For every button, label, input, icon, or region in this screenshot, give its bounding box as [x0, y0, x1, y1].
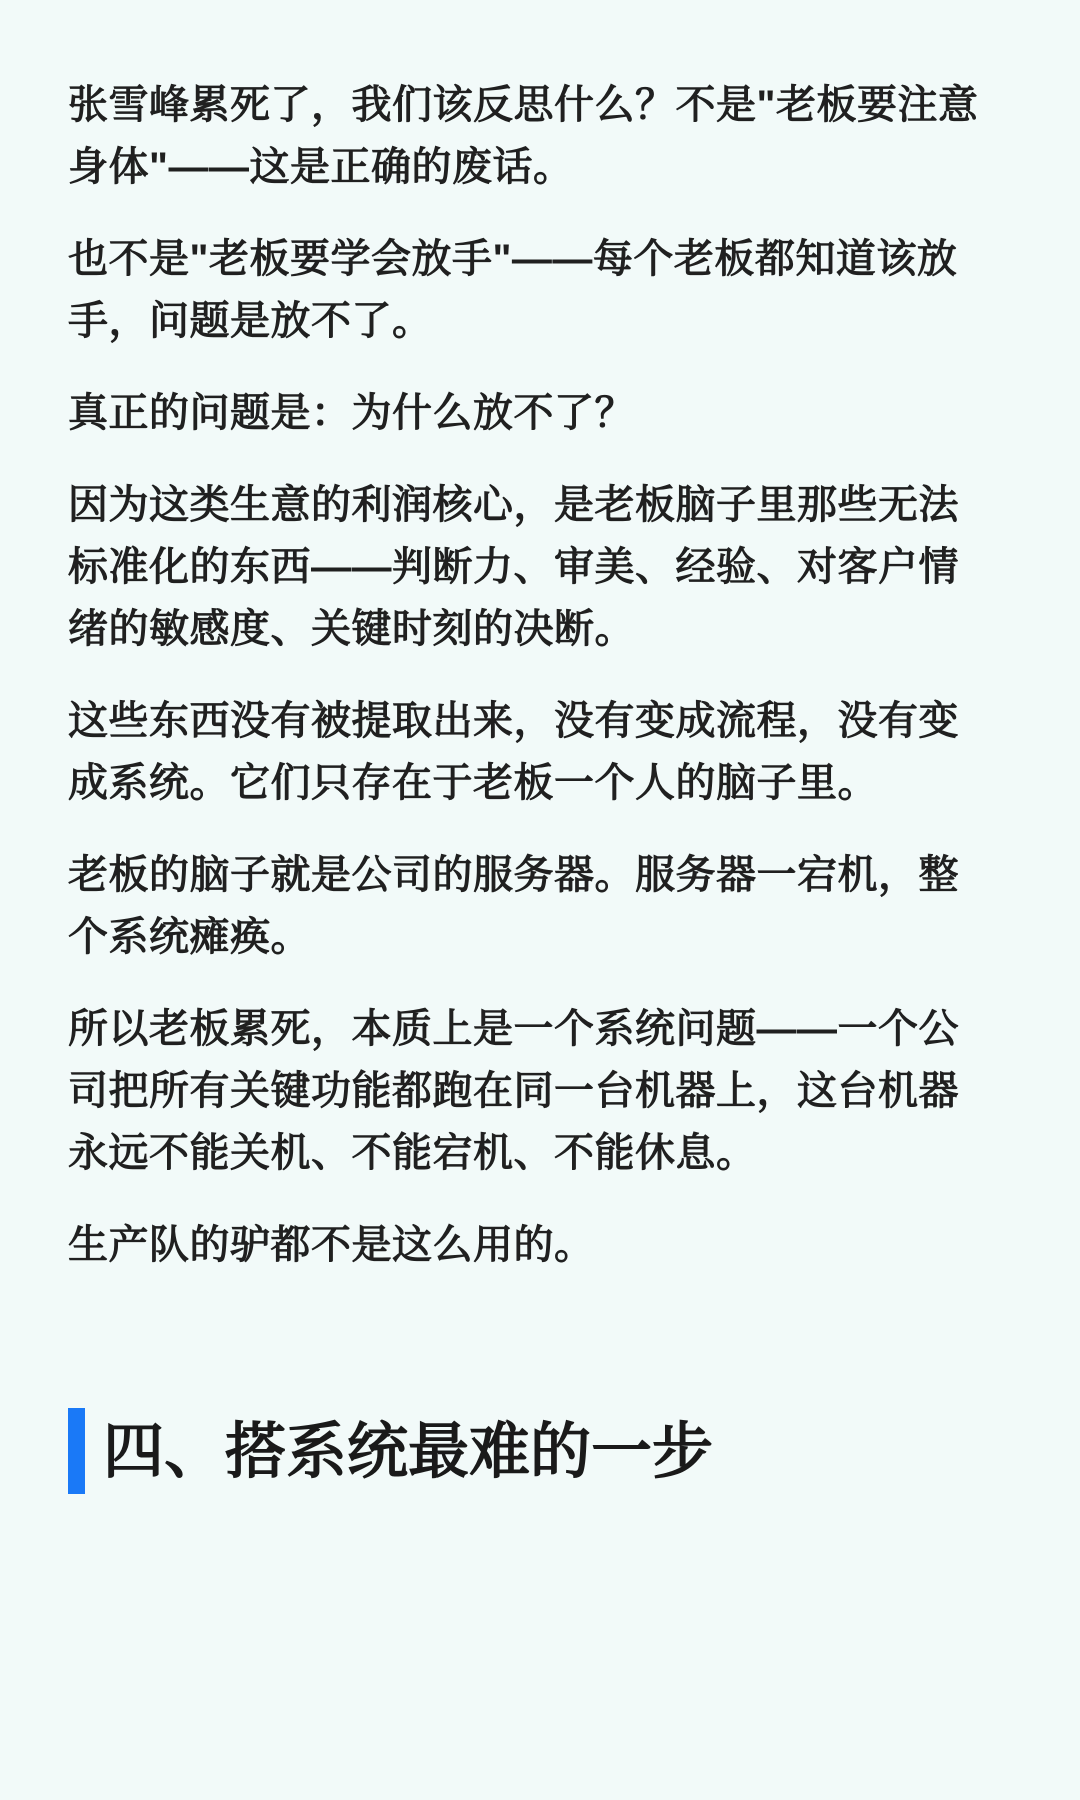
- paragraph-line: 司把所有关键功能都跑在同一台机器上，这台机器: [68, 1060, 1012, 1122]
- paragraph: 因为这类生意的利润核心，是老板脑子里那些无法 标准化的东西——判断力、审美、经验…: [68, 474, 1012, 660]
- section-heading-accent-bar: [68, 1408, 85, 1494]
- paragraph-line: 身体"——这是正确的废话。: [68, 136, 1012, 198]
- section-heading: 四、搭系统最难的一步: [68, 1407, 1012, 1495]
- paragraph: 这些东西没有被提取出来，没有变成流程，没有变 成系统。它们只存在于老板一个人的脑…: [68, 690, 1012, 814]
- paragraph-line: 所以老板累死，本质上是一个系统问题——一个公: [68, 998, 1012, 1060]
- article-body: 张雪峰累死了，我们该反思什么？不是"老板要注意 身体"——这是正确的废话。 也不…: [0, 0, 1080, 1495]
- paragraph-line: 成系统。它们只存在于老板一个人的脑子里。: [68, 752, 1012, 814]
- paragraph: 生产队的驴都不是这么用的。: [68, 1214, 1012, 1276]
- paragraph-line: 个系统瘫痪。: [68, 906, 1012, 968]
- paragraph-line: 也不是"老板要学会放手"——每个老板都知道该放: [68, 228, 1012, 290]
- paragraph-line: 这些东西没有被提取出来，没有变成流程，没有变: [68, 690, 1012, 752]
- paragraph-line: 张雪峰累死了，我们该反思什么？不是"老板要注意: [68, 74, 1012, 136]
- paragraph-line: 生产队的驴都不是这么用的。: [68, 1214, 1012, 1276]
- article-page: { "page": { "background_color": "#f2faf9…: [0, 0, 1080, 1800]
- paragraph-line: 手，问题是放不了。: [68, 290, 1012, 352]
- paragraph-line: 标准化的东西——判断力、审美、经验、对客户情: [68, 536, 1012, 598]
- paragraph-line: 真正的问题是：为什么放不了？: [68, 382, 1012, 444]
- paragraph: 也不是"老板要学会放手"——每个老板都知道该放 手，问题是放不了。: [68, 228, 1012, 352]
- paragraph-line: 老板的脑子就是公司的服务器。服务器一宕机，整: [68, 844, 1012, 906]
- section-heading-text: 四、搭系统最难的一步: [103, 1407, 713, 1495]
- paragraph-line: 绪的敏感度、关键时刻的决断。: [68, 598, 1012, 660]
- paragraph: 张雪峰累死了，我们该反思什么？不是"老板要注意 身体"——这是正确的废话。: [68, 74, 1012, 198]
- paragraph-line: 因为这类生意的利润核心，是老板脑子里那些无法: [68, 474, 1012, 536]
- paragraph: 所以老板累死，本质上是一个系统问题——一个公 司把所有关键功能都跑在同一台机器上…: [68, 998, 1012, 1184]
- paragraph: 老板的脑子就是公司的服务器。服务器一宕机，整 个系统瘫痪。: [68, 844, 1012, 968]
- paragraph-line: 永远不能关机、不能宕机、不能休息。: [68, 1122, 1012, 1184]
- paragraph: 真正的问题是：为什么放不了？: [68, 382, 1012, 444]
